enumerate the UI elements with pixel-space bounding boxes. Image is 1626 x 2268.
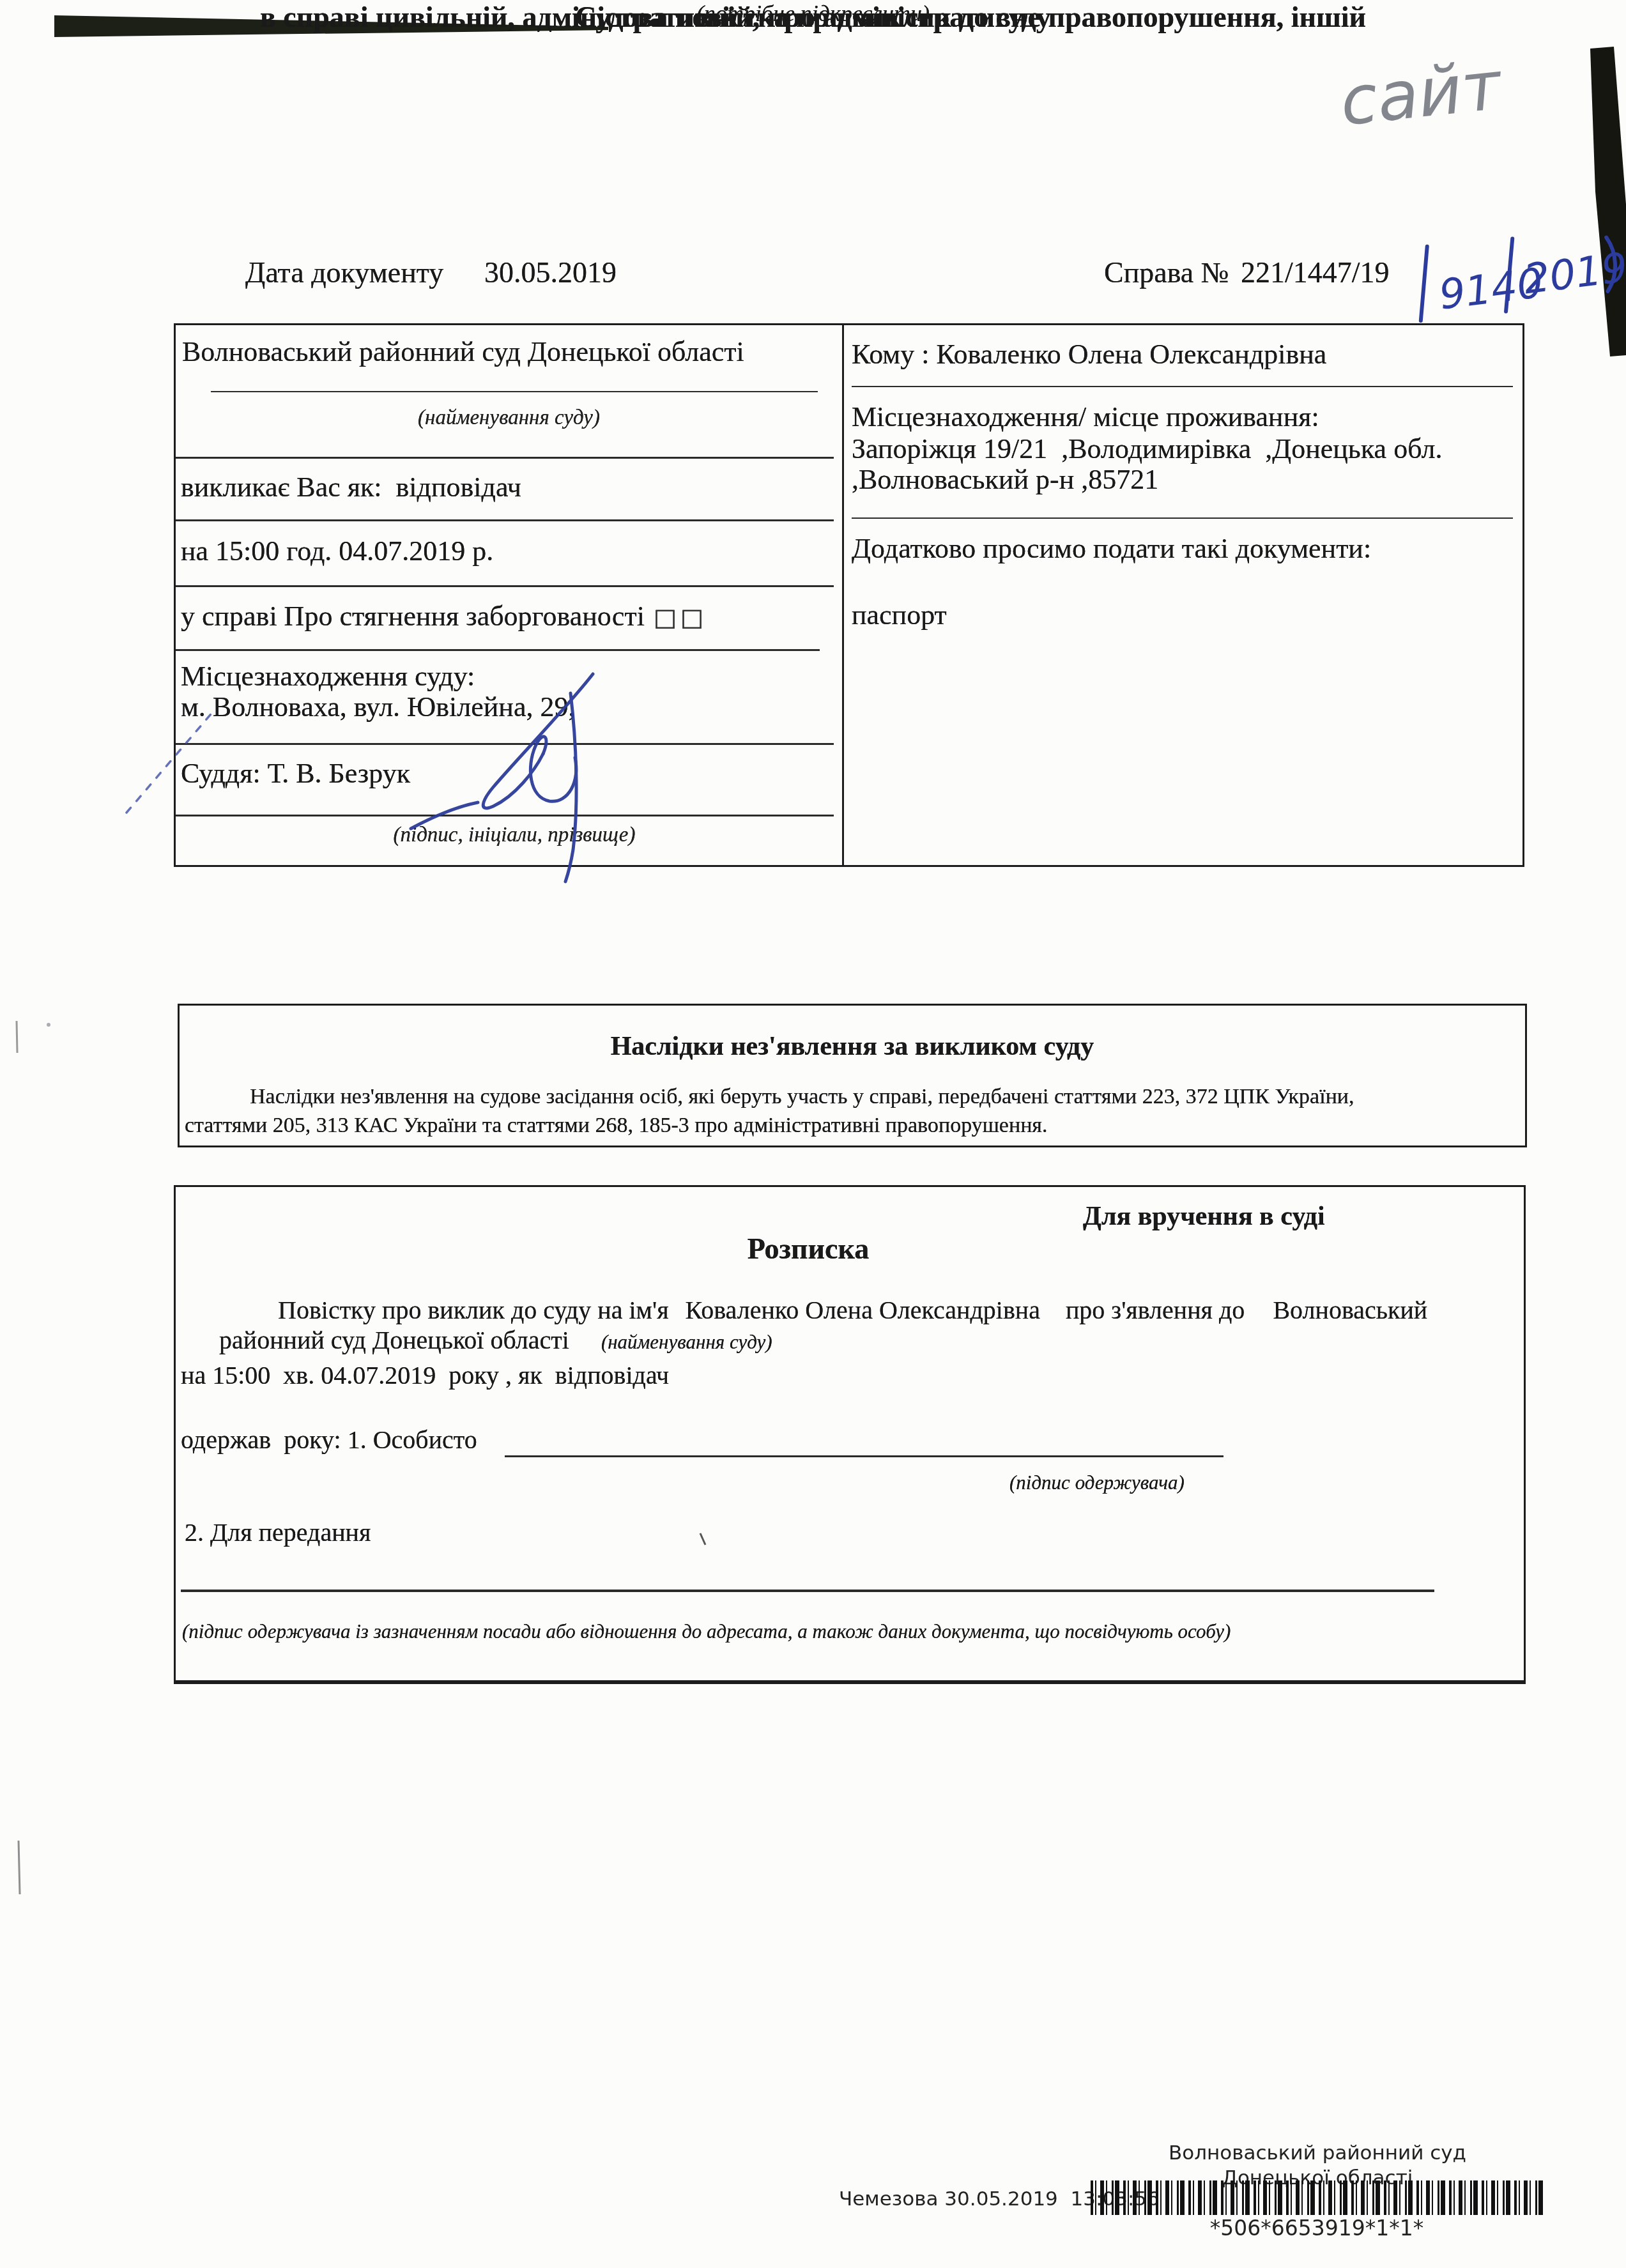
margin-dot [47,1023,50,1027]
documents-request-value: паспорт [852,599,947,631]
consequences-body-line1: Наслідки нез'явлення на судове засідання… [250,1085,1354,1109]
signature-blank-line [505,1455,1223,1457]
handwritten-curl [1601,236,1618,291]
receipt-received-line: одержав року: 1. Особисто [181,1425,477,1455]
receipt-transfer-item: 2. Для передання [185,1517,371,1547]
ruled-line [176,585,834,587]
court-name: Волноваський районний суд Донецької обла… [182,335,744,368]
receipt-time-line: на 15:00 хв. 04.07.2019 року , як відпов… [181,1360,669,1390]
handwritten-case-part1: 9140 [1437,259,1546,319]
scanned-court-summons-page: Судова повістка про виклик до суду в спр… [0,0,1626,2268]
addressee-cell: Кому : Коваленко Олена Олександрівна Міс… [844,325,1522,865]
receipt-box: Для вручення в суді Розписка Повістку пр… [174,1185,1526,1684]
ruled-line [181,1590,1434,1592]
ruled-line [176,743,834,745]
receipt-court-caption: (найменування суду) [601,1331,772,1353]
case-subject-text: у справі Про стягнення заборгованості [181,601,645,632]
left-margin-scratch [17,1021,17,1053]
underline-note: (потрібне підкреслити) [0,0,1626,27]
case-label: Справа № [1104,256,1229,289]
pencil-note: сайт [1337,46,1507,141]
handwritten-slash [1412,247,1436,321]
recipient-signature-caption: (підпис одержувача) [1009,1471,1185,1494]
ruled-line [176,649,820,651]
ruled-line [176,519,834,521]
ruled-line [852,386,1513,387]
summons-table: Волноваський районний суд Донецької обла… [174,323,1524,867]
receipt-body-court2: районний суд Донецької області [219,1326,569,1354]
residence-label: Місцезнаходження/ місце проживання: [852,401,1319,433]
left-margin-scratch-2 [19,1841,20,1894]
court-info-cell: Волноваський районний суд Донецької обла… [176,325,842,865]
residence-line1: Запоріжця 19/21 ,Володимирівка ,Донецька… [852,433,1442,465]
court-location-label: Місцезнаходження суду: [181,660,475,693]
handwritten-case-part2: 2019 [1521,244,1626,303]
receipt-footer-caption: (підпис одержувача із зазначенням посади… [182,1620,1231,1643]
judge-signature-caption: (підпис, ініціали, прізвище) [335,824,693,847]
addressee: Кому : Коваленко Олена Олександрівна [852,338,1326,371]
receipt-body-court1: Волноваський [1273,1296,1427,1324]
documents-request-label: Додатково просимо подати такі документи: [852,532,1371,565]
receipt-title: Розписка [680,1232,936,1266]
stamp-court-line1: Волноваський районний суд [1126,2142,1509,2165]
judge-name: Суддя: Т. В. Безрук [181,757,410,790]
barcode [1091,2180,1543,2215]
receipt-corner-label: Для вручення в суді [1083,1201,1325,1232]
date-label: Дата документу [245,256,443,289]
date-value: 30.05.2019 [484,256,617,289]
right-edge-scan-mark [1590,47,1626,356]
case-subject: у справі Про стягнення заборгованості□□ [181,600,707,632]
court-name-caption: (найменування суду) [176,406,842,430]
barcode-text: *506*6653919*1*1* [1091,2216,1543,2241]
receipt-body-middle: про з'явлення до [1066,1296,1245,1324]
consequences-box: Наслідки нез'явлення за викликом суду На… [178,1004,1527,1147]
missing-glyph-boxes: □□ [654,603,707,631]
court-location-value: м. Волноваха, вул. Ювілейна, 29, [181,691,575,723]
ruled-line [176,815,834,816]
handwritten-case-number: 9140 2019 [1412,222,1626,321]
summoned-as: викликає Вас як: відповідач [181,471,521,503]
consequences-body-line2: статтями 205, 313 КАС України та статтям… [185,1114,1048,1138]
consequences-title: Наслідки нез'явлення за викликом суду [180,1031,1525,1062]
session-time: на 15:00 год. 04.07.2019 р. [181,535,493,567]
ruled-line [176,457,834,459]
handwritten-slash [1497,238,1521,311]
ruled-line [852,517,1513,519]
ruled-line [211,391,818,392]
case-number: 221/1447/19 [1241,256,1390,289]
residence-line2: ,Волноваський р-н ,85721 [852,463,1158,496]
